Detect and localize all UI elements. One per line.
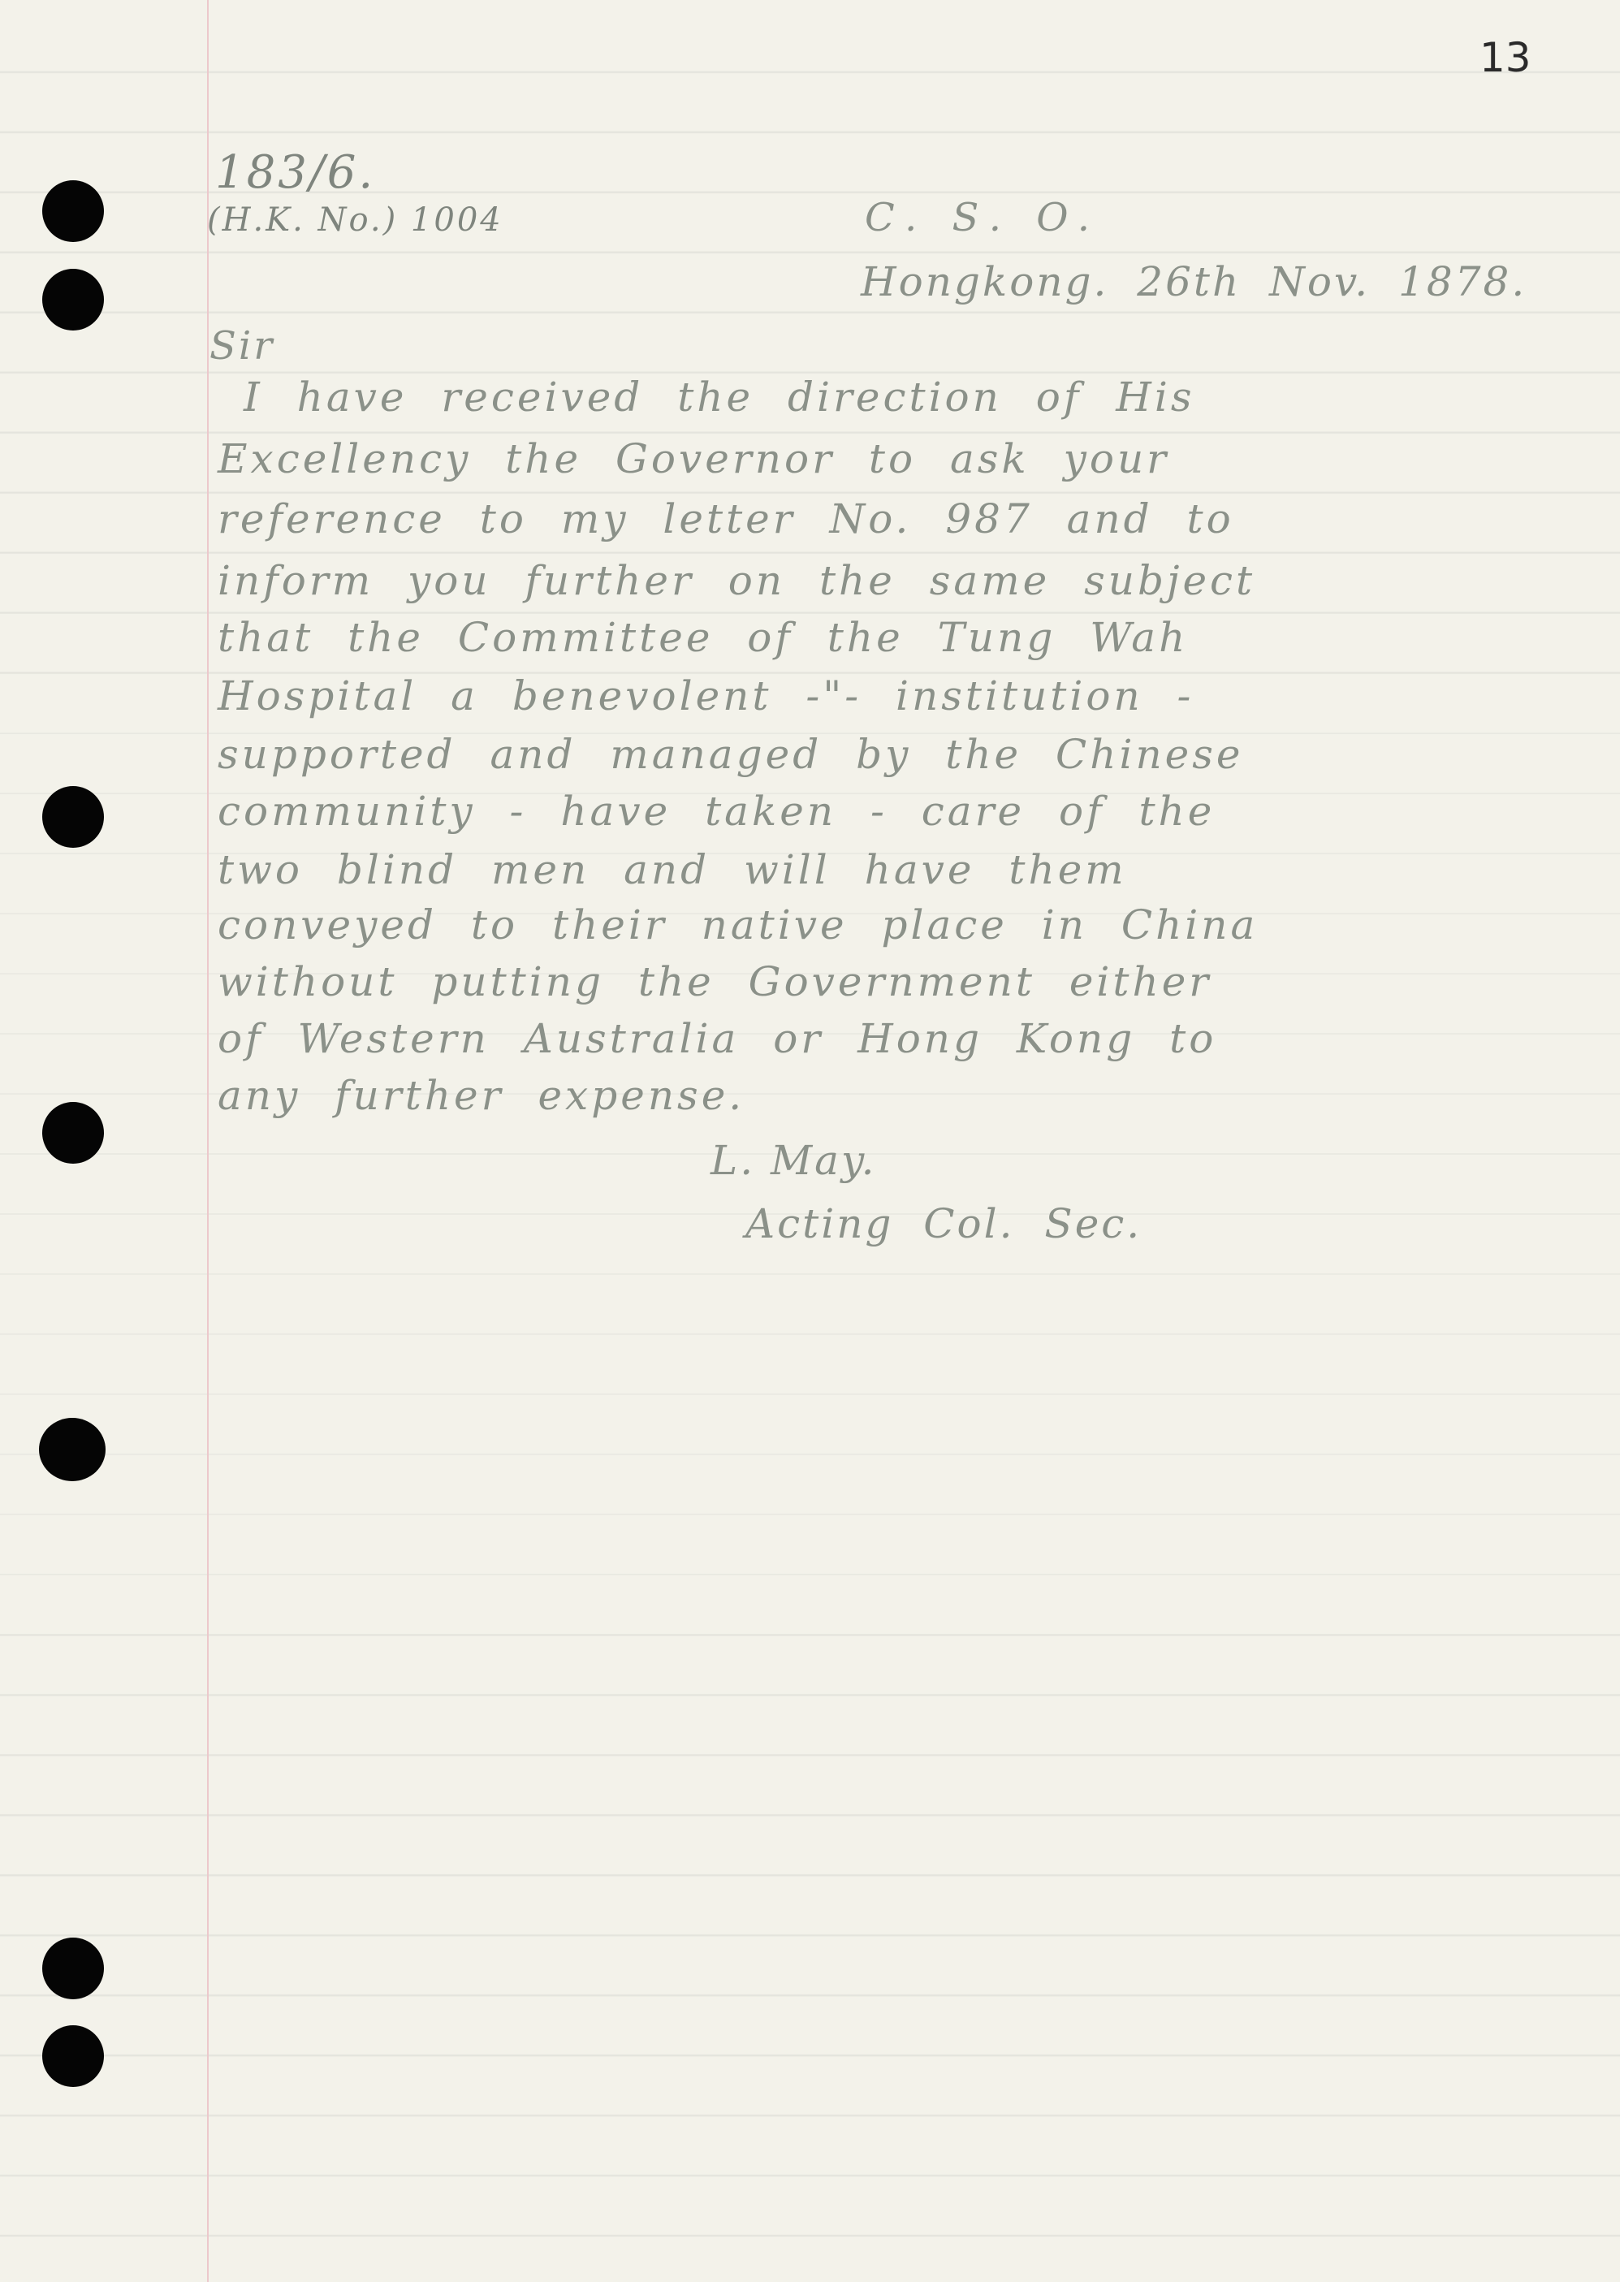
ruled-paper: 13 183/6. (H.K. No.) 1004 C. S. O. Hongk… [0, 0, 1620, 2282]
body-line: reference to my letter No. 987 and to [218, 495, 1234, 542]
body-line: two blind men and will have them [218, 846, 1127, 893]
body-line: Hospital a benevolent -"- institution - [218, 672, 1194, 719]
office-code: C. S. O. [865, 195, 1101, 240]
body-line: I have received the direction of His [244, 374, 1195, 421]
punch-hole [42, 2025, 104, 2087]
punch-hole [42, 1938, 104, 1999]
body-line: Excellency the Governor to ask your [218, 435, 1169, 482]
body-line: inform you further on the same subject [218, 557, 1255, 604]
body-line: supported and managed by the Chinese [218, 731, 1244, 778]
body-line: community - have taken - care of the [218, 788, 1215, 835]
signatory-title: Acting Col. Sec. [745, 1200, 1142, 1247]
body-line: conveyed to their native place in China [218, 901, 1258, 948]
body-line: that the Committee of the Tung Wah [218, 614, 1188, 661]
page-number: 13 [1479, 34, 1531, 81]
body-line: of Western Australia or Hong Kong to [218, 1015, 1216, 1062]
file-reference: 183/6. [215, 146, 375, 199]
punch-hole [42, 786, 104, 848]
body-line: without putting the Government either [218, 958, 1212, 1005]
punch-hole [42, 1102, 104, 1164]
signature: L. May. [710, 1137, 877, 1184]
hk-number: (H.K. No.) 1004 [207, 201, 503, 239]
place-date: Hongkong. 26th Nov. 1878. [861, 258, 1527, 305]
punch-hole [42, 269, 104, 331]
body-line: any further expense. [218, 1072, 745, 1119]
punch-hole [42, 180, 104, 242]
salutation: Sir [209, 323, 274, 369]
margin-line [207, 0, 209, 2282]
punch-hole [39, 1418, 106, 1481]
